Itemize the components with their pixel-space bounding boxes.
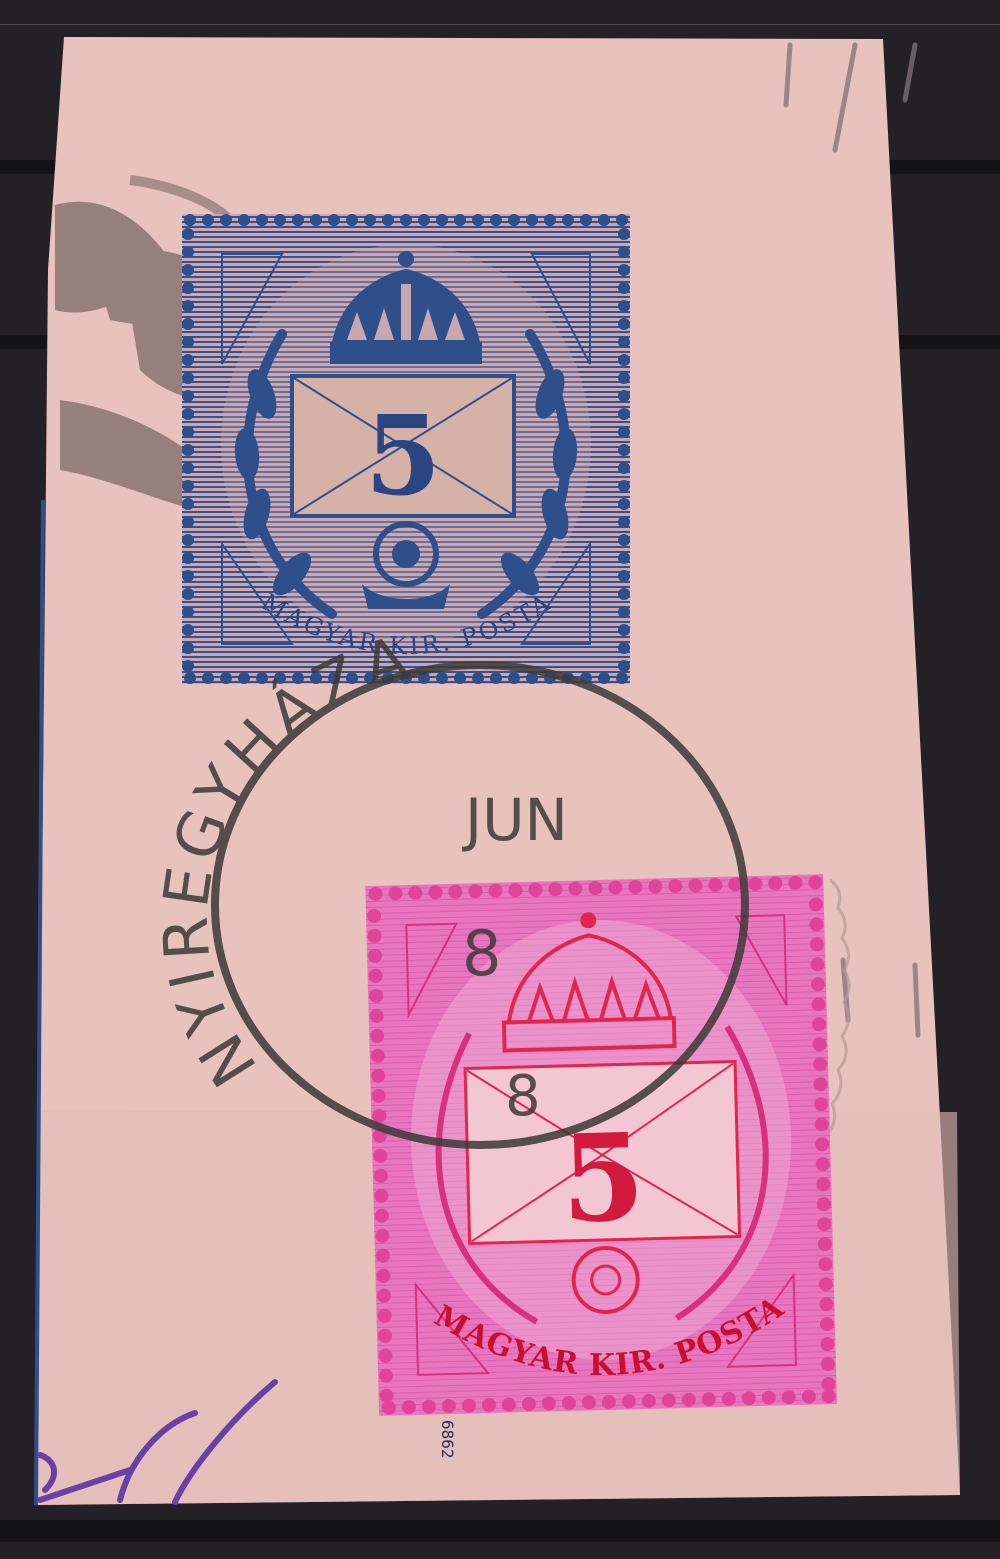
cover-piece: 5 MAGYAR KIR. POSTA — [0, 0, 1000, 1559]
blue-stamp-denomination: 5 — [365, 391, 442, 520]
postmark-day: 8 — [462, 917, 501, 990]
blue-stamp: 5 MAGYAR KIR. POSTA — [182, 214, 630, 684]
marginal-imprint-number: 6862 — [438, 1420, 457, 1459]
postmark-month: JUN — [462, 786, 568, 854]
postmark-year: 8 — [505, 1064, 541, 1129]
